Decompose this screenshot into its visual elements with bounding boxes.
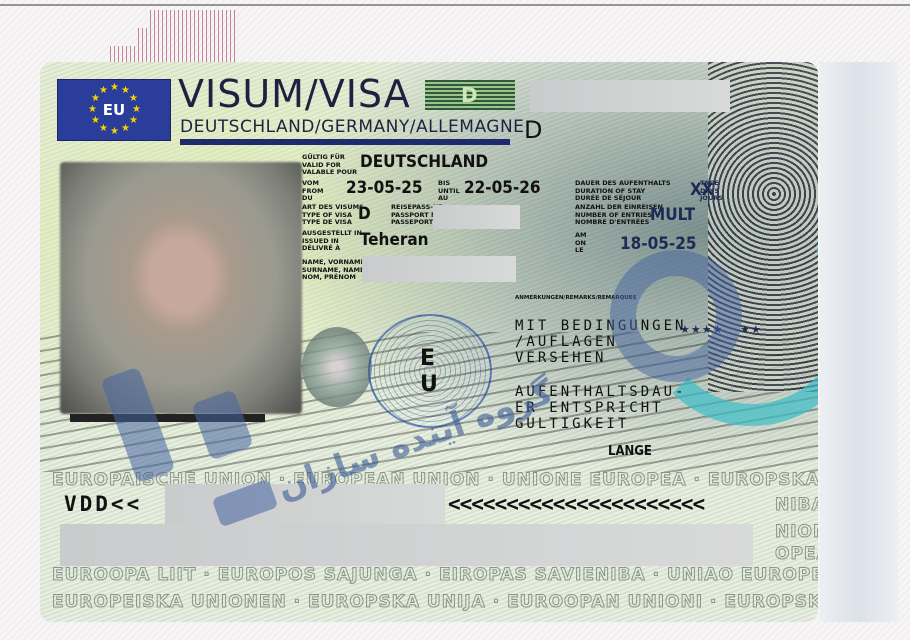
mrz-line1-start: VDD<< xyxy=(64,492,142,516)
union-text-right-3: NION xyxy=(775,522,818,542)
from-value: 23-05-25 xyxy=(346,178,423,198)
hologram-d: D xyxy=(425,80,515,110)
visa-type-label: ART DES VISUMS TYPE OF VISA TYPE DE VISA xyxy=(302,204,364,227)
union-text-row-3: EUROPEISKA UNIONEN · EUROPSKA UNIJA · EU… xyxy=(52,592,818,612)
redacted-visa-number xyxy=(530,80,730,112)
micro-band xyxy=(180,139,510,145)
passport-page-edge xyxy=(0,4,910,6)
redacted-name xyxy=(362,256,516,282)
watermark-ring xyxy=(610,250,742,382)
eu-flag-label: EU xyxy=(58,101,170,119)
redacted-edge xyxy=(820,62,898,622)
issued-on-label: AM ON LE xyxy=(575,232,587,255)
holder-photo-blurred xyxy=(60,162,302,414)
valid-for-value: DEUTSCHLAND xyxy=(360,152,488,172)
until-value: 22-05-26 xyxy=(464,178,541,198)
union-text-right-2: NIBA xyxy=(775,495,818,515)
country-code: D xyxy=(524,116,542,144)
until-label: BIS UNTIL AU xyxy=(438,180,460,203)
remarks-stars-2: ★★ xyxy=(740,323,762,336)
globe-hologram xyxy=(302,327,372,407)
entries-value: MULT xyxy=(650,205,695,225)
union-text-row-2: EUROOPA LIIT · EUROPOS SAJUNGA · EIROPAS… xyxy=(52,565,818,585)
hologram-letter: D xyxy=(461,83,478,107)
from-label: VOM FROM DU xyxy=(302,180,323,203)
issued-in-label: AUSGESTELLT IN ISSUED IN DÉLIVRÉ À xyxy=(302,230,362,253)
visa-type-value: D xyxy=(358,204,371,224)
entry-stamp-fragment xyxy=(110,10,235,70)
valid-for-label: GÜLTIG FÜR VALID FOR VALABLE POUR xyxy=(302,154,357,177)
duration-unit: TAGE DAYS JOURS xyxy=(700,180,723,203)
mrz-line1-end: <<<<<<<<<<<<<<<<<<<<<< xyxy=(448,492,704,516)
duration-label: DAUER DES AUFENTHALTS DURATION OF STAY D… xyxy=(575,180,671,203)
issuing-country: DEUTSCHLAND/GERMANY/ALLEMAGNE xyxy=(180,117,524,137)
issued-in-value: Teheran xyxy=(360,230,429,250)
redacted-mrz-line2 xyxy=(60,524,753,566)
seal-letter-e: E xyxy=(420,346,435,371)
eu-flag: ★ ★ ★ ★ ★ ★ ★ ★ ★ ★ ★ ★ EU xyxy=(57,79,171,141)
visa-title: VISUM/VISA xyxy=(178,72,411,116)
redacted-passport-no xyxy=(433,205,520,229)
name-label: NAME, VORNAME SURNAME, NAME NOM, PRÉNOM xyxy=(302,259,365,282)
seal-letter-u: U xyxy=(420,372,438,397)
union-text-right-4: OPEA xyxy=(775,544,818,564)
issuer-signature: LANGE xyxy=(608,444,652,459)
